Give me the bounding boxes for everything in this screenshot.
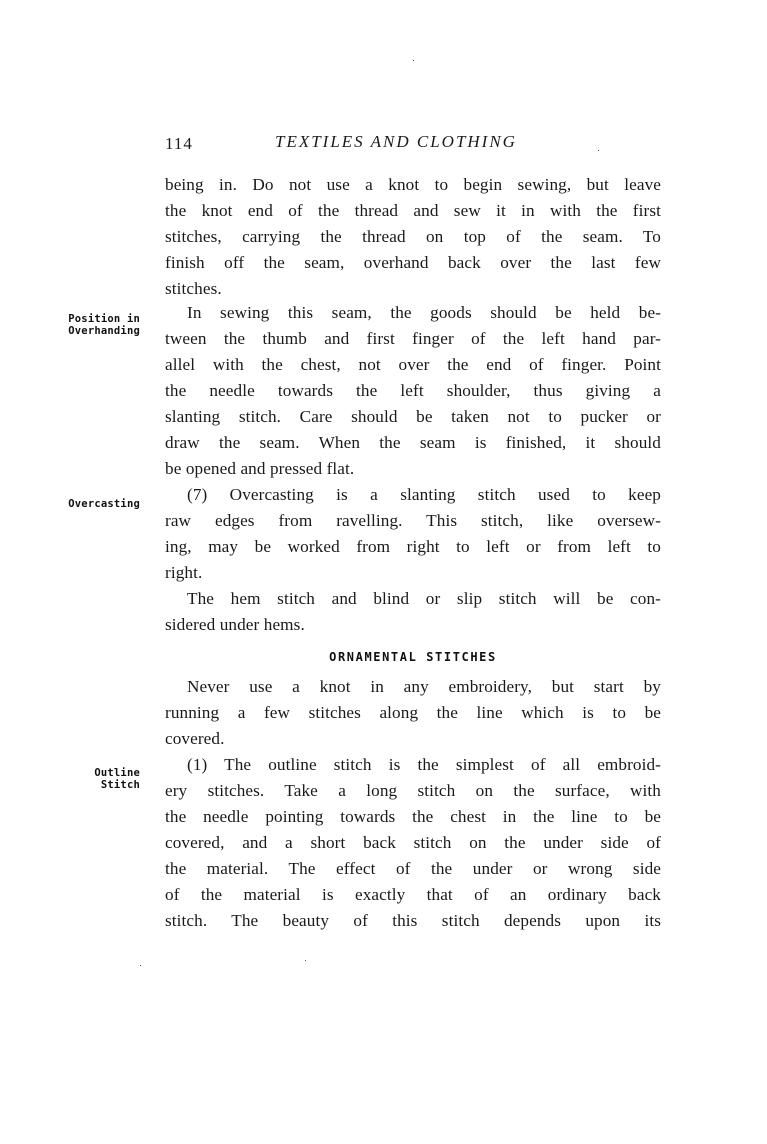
text-line: right.	[165, 560, 661, 586]
sidenote-overcasting: Overcasting	[40, 498, 140, 510]
text-line: Never use a knot in any embroidery, but …	[165, 674, 661, 700]
text-line: covered.	[165, 726, 661, 752]
sidenote-line: Stitch	[40, 779, 140, 791]
text-line: the material. The effect of the under or…	[165, 856, 661, 882]
text-line: stitch. The beauty of this stitch depend…	[165, 908, 661, 934]
text-line: allel with the chest, not over the end o…	[165, 352, 661, 378]
text-line: stitches.	[165, 276, 661, 302]
text-line: being in. Do not use a knot to begin sew…	[165, 172, 661, 198]
paragraph-continued: being in. Do not use a knot to begin sew…	[165, 172, 661, 302]
section-heading: ORNAMENTAL STITCHES	[165, 650, 661, 664]
page-number: 114	[165, 134, 193, 154]
text-line: be opened and pressed flat.	[165, 456, 661, 482]
text-line: slanting stitch. Care should be taken no…	[165, 404, 661, 430]
paragraph-outline-stitch: (1) The outline stitch is the simplest o…	[165, 752, 661, 934]
sidenote-line: Overcasting	[40, 498, 140, 510]
text-line: The hem stitch and blind or slip stitch …	[165, 586, 661, 612]
text-line: covered, and a short back stitch on the …	[165, 830, 661, 856]
running-head: 114 TEXTILES AND CLOTHING	[165, 132, 665, 156]
text-line: ery stitches. Take a long stitch on the …	[165, 778, 661, 804]
text-line: (1) The outline stitch is the simplest o…	[165, 752, 661, 778]
text-line: draw the seam. When the seam is finished…	[165, 430, 661, 456]
text-line: raw edges from ravelling. This stitch, l…	[165, 508, 661, 534]
paragraph-overcasting: (7) Overcasting is a slanting stitch use…	[165, 482, 661, 586]
scan-speck	[140, 965, 141, 966]
text-line: ing, may be worked from right to left or…	[165, 534, 661, 560]
sidenote-line: Overhanding	[40, 325, 140, 337]
text-line: running a few stitches along the line wh…	[165, 700, 661, 726]
running-title: TEXTILES AND CLOTHING	[275, 132, 517, 152]
paragraph-hem-stitch: The hem stitch and blind or slip stitch …	[165, 586, 661, 638]
text-line: In sewing this seam, the goods should be…	[165, 300, 661, 326]
paragraph-overhanding-position: In sewing this seam, the goods should be…	[165, 300, 661, 482]
text-line: stitches, carrying the thread on top of …	[165, 224, 661, 250]
sidenote-line: Outline	[40, 767, 140, 779]
scan-speck	[305, 960, 306, 961]
book-page: 114 TEXTILES AND CLOTHING being in. Do n…	[0, 0, 767, 1144]
text-line: finish off the seam, overhand back over …	[165, 250, 661, 276]
sidenote-outline-stitch: Outline Stitch	[40, 767, 140, 791]
text-line: the needle towards the left shoulder, th…	[165, 378, 661, 404]
text-line: (7) Overcasting is a slanting stitch use…	[165, 482, 661, 508]
text-line: of the material is exactly that of an or…	[165, 882, 661, 908]
scan-speck	[413, 60, 414, 61]
text-line: the needle pointing towards the chest in…	[165, 804, 661, 830]
text-line: sidered under hems.	[165, 612, 661, 638]
sidenote-line: Position in	[40, 313, 140, 325]
paragraph-never-use-knot: Never use a knot in any embroidery, but …	[165, 674, 661, 752]
text-line: tween the thumb and first finger of the …	[165, 326, 661, 352]
sidenote-position-in-overhanding: Position in Overhanding	[40, 313, 140, 337]
text-line: the knot end of the thread and sew it in…	[165, 198, 661, 224]
